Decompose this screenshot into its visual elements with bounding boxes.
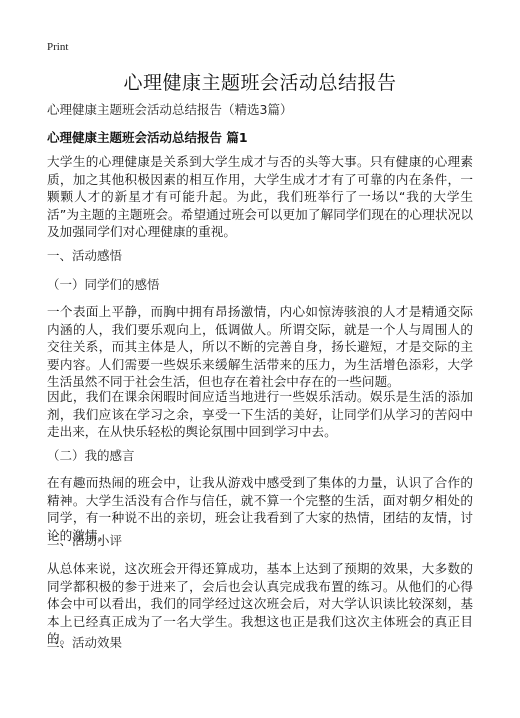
article-heading: 心理健康主题班会活动总结报告 篇1 [47,128,248,146]
subsection-1-paragraph-2: 因此，我们在课余闲暇时间应适当地进行一些娱乐活动。娱乐是生活的添加剂，我们应该在… [47,388,473,441]
subsection-1-paragraph-1: 一个表面上平静，而胸中拥有昂扬激情，内心如惊涛骇浪的人才是精通交际内涵的人，我们… [47,303,473,391]
document-subtitle: 心理健康主题班会活动总结报告（精选3篇） [47,100,292,118]
section-heading-3: 三、活动效果 [47,633,122,651]
subsection-heading-1: （一）同学们的感悟 [47,275,160,293]
subsection-heading-2: （二）我的感言 [47,446,135,464]
intro-paragraph: 大学生的心理健康是关系到大学生成才与否的头等大事。只有健康的心理素质，加之其他积… [47,153,473,241]
section-heading-1: 一、活动感悟 [47,246,122,264]
document-title: 心理健康主题班会活动总结报告 [47,68,473,95]
print-label: Print [47,41,68,53]
section-heading-2: 二、活动小评 [47,531,122,549]
